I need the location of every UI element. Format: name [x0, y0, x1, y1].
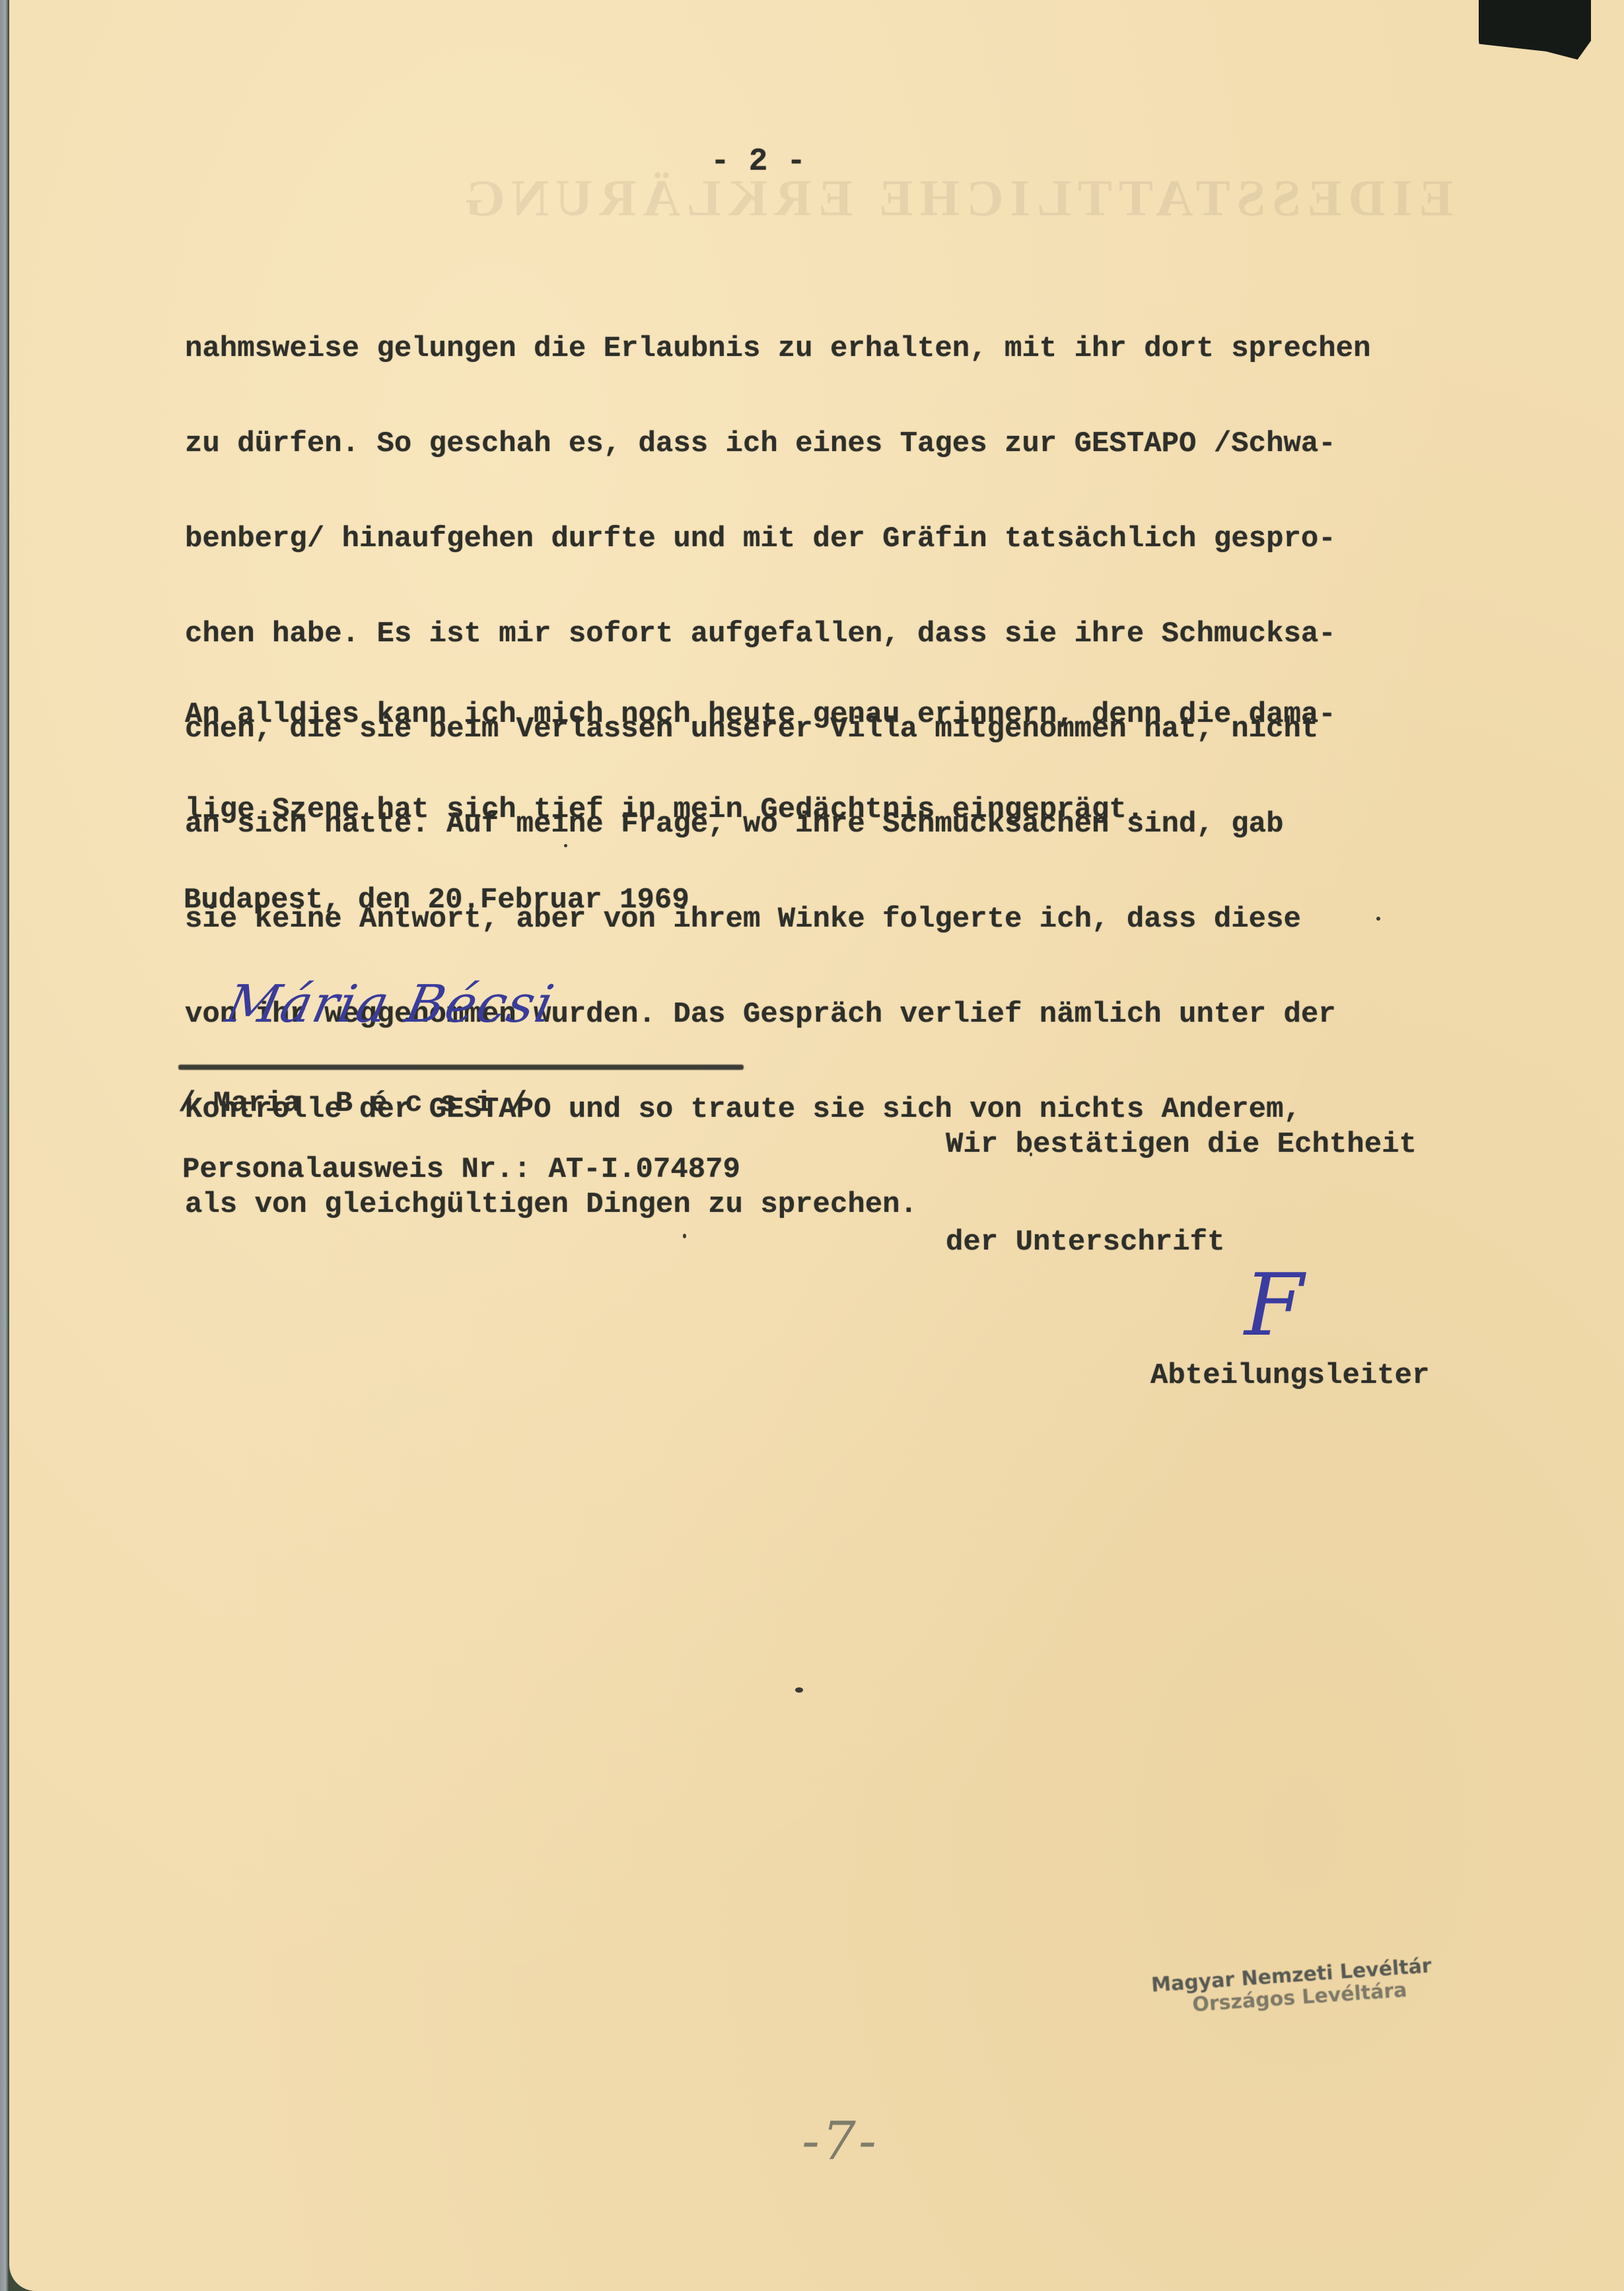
text-line: lige Szene hat sich tief in mein Gedächt… — [185, 794, 1592, 826]
folio-number: -7- — [802, 2110, 879, 2171]
document-page: EIDESSTATTLICHE ERKLÄRUNG - 2 - nahmswei… — [9, 0, 1624, 2291]
scan-edge — [0, 0, 9, 2291]
typed-signer-name: / Maria B é c s i / — [178, 1087, 527, 1120]
department-head-title: Abteilungsleiter — [1150, 1359, 1429, 1392]
text-line: Wir bestätigen die Echtheit — [946, 1128, 1417, 1160]
authenticity-confirmation: Wir bestätigen die Echtheit der Untersch… — [946, 1062, 1417, 1323]
text-line: benberg/ hinaufgehen durfte und mit der … — [185, 523, 1592, 555]
text-line: nahmsweise gelungen die Erlaubnis zu erh… — [185, 333, 1592, 365]
torn-corner-mark — [1479, 0, 1591, 63]
handwritten-initial: F — [1244, 1255, 1304, 1355]
id-card-number: Personalausweis Nr.: AT-I.074879 — [182, 1153, 740, 1186]
page-number: - 2 - — [711, 144, 806, 180]
text-line: An alldies kann ich mich noch heute gena… — [185, 699, 1592, 730]
ink-speck — [683, 1234, 686, 1238]
archive-stamp: Magyar Nemzeti Levéltár Országos Levéltá… — [1150, 1955, 1434, 2019]
handwritten-signature: Mária Bécsi — [221, 975, 559, 1034]
text-line: zu dürfen. So geschah es, dass ich eines… — [185, 428, 1592, 460]
ink-speck — [795, 1687, 803, 1693]
body-paragraph-2: An alldies kann ich mich noch heute gena… — [185, 635, 1592, 889]
ink-speck — [1030, 1152, 1032, 1156]
signature-line — [178, 1065, 744, 1070]
ink-speck — [564, 844, 567, 847]
show-through-header: EIDESSTATTLICHE ERKLÄRUNG — [458, 168, 1453, 228]
dateline: Budapest, den 20.Februar 1969 — [184, 884, 689, 917]
ink-speck — [1376, 917, 1380, 921]
text-line: der Unterschrift — [946, 1226, 1417, 1257]
